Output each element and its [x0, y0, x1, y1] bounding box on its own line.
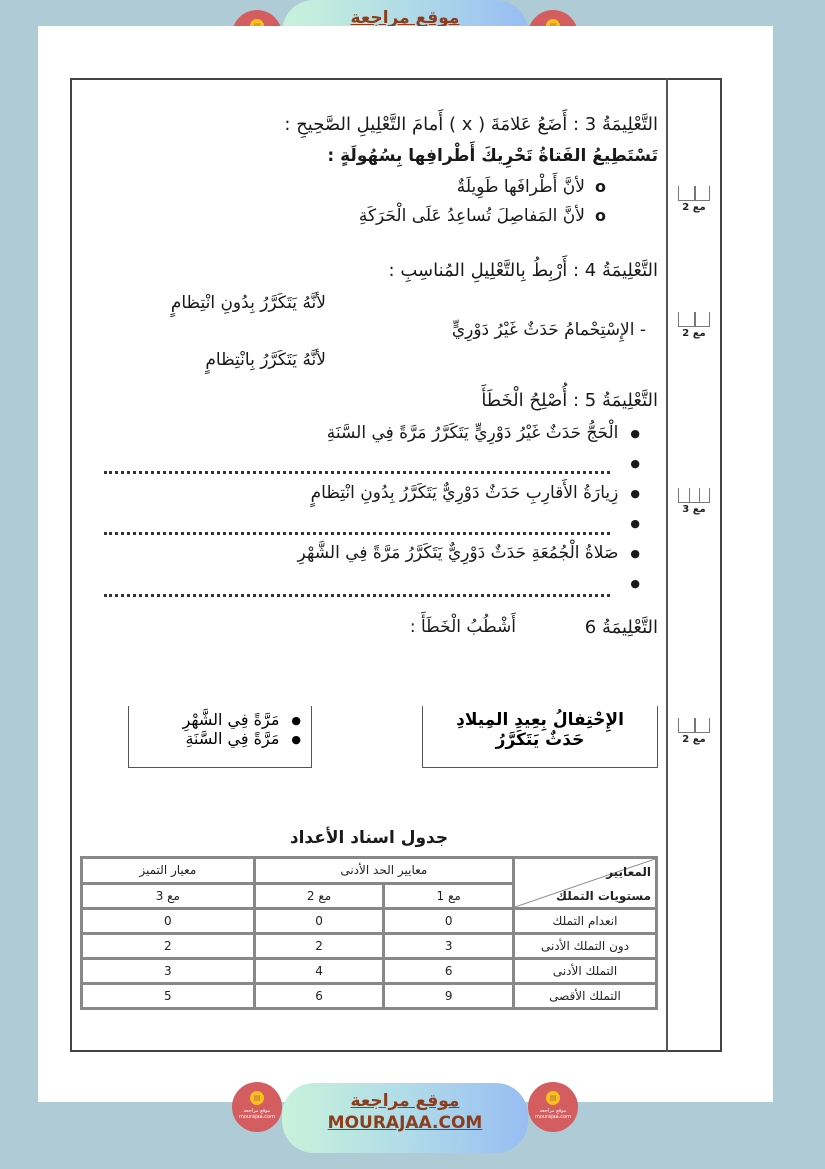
logo-right-bottom: ▤ موقع مراجعة mourajaa.com	[528, 1082, 578, 1132]
corner-bottom-label: مستويات التملك	[556, 889, 651, 903]
score-ticks	[678, 312, 710, 327]
q4-title: التَّعْلِيمَةُ 4 : أَرْبِطُ بِالتَّعْلِي…	[389, 260, 658, 281]
q5-title: التَّعْلِيمَةُ 5 : أُصْلِحُ الْخَطَأَ	[481, 390, 658, 411]
q5-answer-bullet-1	[618, 453, 640, 473]
q3-statement: تَسْتَطِيعُ الفَتاةُ تَحْرِيكَ أَطْرافِه…	[327, 146, 658, 166]
q4-reason-2[interactable]: لأنَّهُ يَتَكَرَّرُ بِانْتِظامٍ	[205, 350, 326, 370]
subheader-c3: مع 3	[82, 883, 255, 909]
q3-score-box[interactable]: مع 2	[672, 186, 716, 213]
q3-option-1[interactable]: لأنَّ أَطْرافَها طَوِيلَةٌ	[457, 177, 606, 197]
q6-option-1[interactable]: مَرَّةً فِي الشَّهْرِ	[129, 710, 301, 729]
book-icon: ▤	[250, 1091, 264, 1105]
banner-title-ar: موقع مراجعة	[282, 1083, 528, 1111]
subheader-c1: مع 1	[384, 883, 514, 909]
q4-item[interactable]: - الإِسْتِحْمامُ حَدَثٌ غَيْرُ دَوْرِيٍّ	[452, 320, 646, 340]
score-column-divider	[666, 78, 668, 1052]
table-row: دون التملك الأدنى 3 2 2	[82, 934, 657, 959]
q6-title: التَّعْلِيمَةُ 6	[585, 617, 658, 638]
table-row: التملك الأدنى 6 4 3	[82, 959, 657, 984]
table-row: انعدام التملك 0 0 0	[82, 909, 657, 934]
q5-item-3: صَلاةُ الْجُمُعَةِ حَدَثٌ دَوْرِيٌّ يَتَ…	[298, 543, 640, 563]
banner-title-en: MOURAJAA.COM	[282, 1113, 528, 1133]
q6-instruction: أَشْطُبُ الْخَطَأَ :	[410, 617, 516, 637]
book-icon: ▤	[546, 1091, 560, 1105]
score-ticks	[678, 488, 710, 503]
q5-item-1: الْحَجُّ حَدَثٌ غَيْرُ دَوْرِيٍّ يَتَكَر…	[327, 423, 640, 443]
subheader-c2: مع 2	[254, 883, 384, 909]
q5-score-box[interactable]: مع 3	[672, 488, 716, 515]
score-ticks	[678, 186, 710, 201]
footer-banner[interactable]: موقع مراجعة MOURAJAA.COM	[282, 1083, 528, 1153]
q6-options-box: مَرَّةً فِي الشَّهْرِ مَرَّةً فِي السَّن…	[128, 706, 312, 768]
q5-answer-line-2[interactable]	[104, 532, 610, 535]
table-corner-cell: المعايير مستويات التملك	[514, 858, 657, 909]
grading-table-title: جدول اسناد الأعداد	[80, 828, 658, 848]
q5-answer-line-3[interactable]	[104, 594, 610, 597]
score-ticks	[678, 718, 710, 733]
q6-event-line-1: الإِحْتِفالُ بِعِيدِ المِيلادِ	[423, 710, 657, 730]
q6-event-line-2: حَدَثٌ يَتَكَرَّرُ	[423, 730, 657, 750]
q6-event-box: الإِحْتِفالُ بِعِيدِ المِيلادِ حَدَثٌ يَ…	[422, 706, 658, 768]
q3-title: التَّعْلِيمَةُ 3 : أَضَعُ عَلامَةَ ( x )…	[284, 114, 658, 135]
q4-reason-1[interactable]: لأنَّهُ يَتَكَرَّرُ بِدُونِ انْتِظامٍ	[171, 293, 326, 313]
q5-answer-bullet-3	[618, 573, 640, 593]
header-excellence-criterion: معيار التميز	[82, 858, 255, 884]
corner-top-label: المعايير	[606, 865, 651, 879]
q6-score-box[interactable]: مع 2	[672, 718, 716, 745]
logo-left-bottom: ▤ موقع مراجعة mourajaa.com	[232, 1082, 282, 1132]
table-row: التملك الأقصى 9 6 5	[82, 984, 657, 1009]
q5-answer-bullet-2	[618, 513, 640, 533]
banner-title-ar: موقع مراجعة	[282, 0, 528, 28]
header-minimum-criteria: معايير الحد الأدنى	[254, 858, 513, 884]
grading-table: المعايير مستويات التملك معايير الحد الأد…	[80, 856, 658, 1010]
q5-answer-line-1[interactable]	[104, 471, 610, 474]
q6-option-2[interactable]: مَرَّةً فِي السَّنَةِ	[129, 729, 301, 748]
q4-score-box[interactable]: مع 2	[672, 312, 716, 339]
q5-item-2: زِيارَةُ الأَقارِبِ حَدَثٌ دَوْرِيٌّ يَت…	[311, 483, 640, 503]
q3-option-2[interactable]: لأنَّ المَفاصِلَ تُساعِدُ عَلَى الْحَرَك…	[359, 206, 606, 226]
